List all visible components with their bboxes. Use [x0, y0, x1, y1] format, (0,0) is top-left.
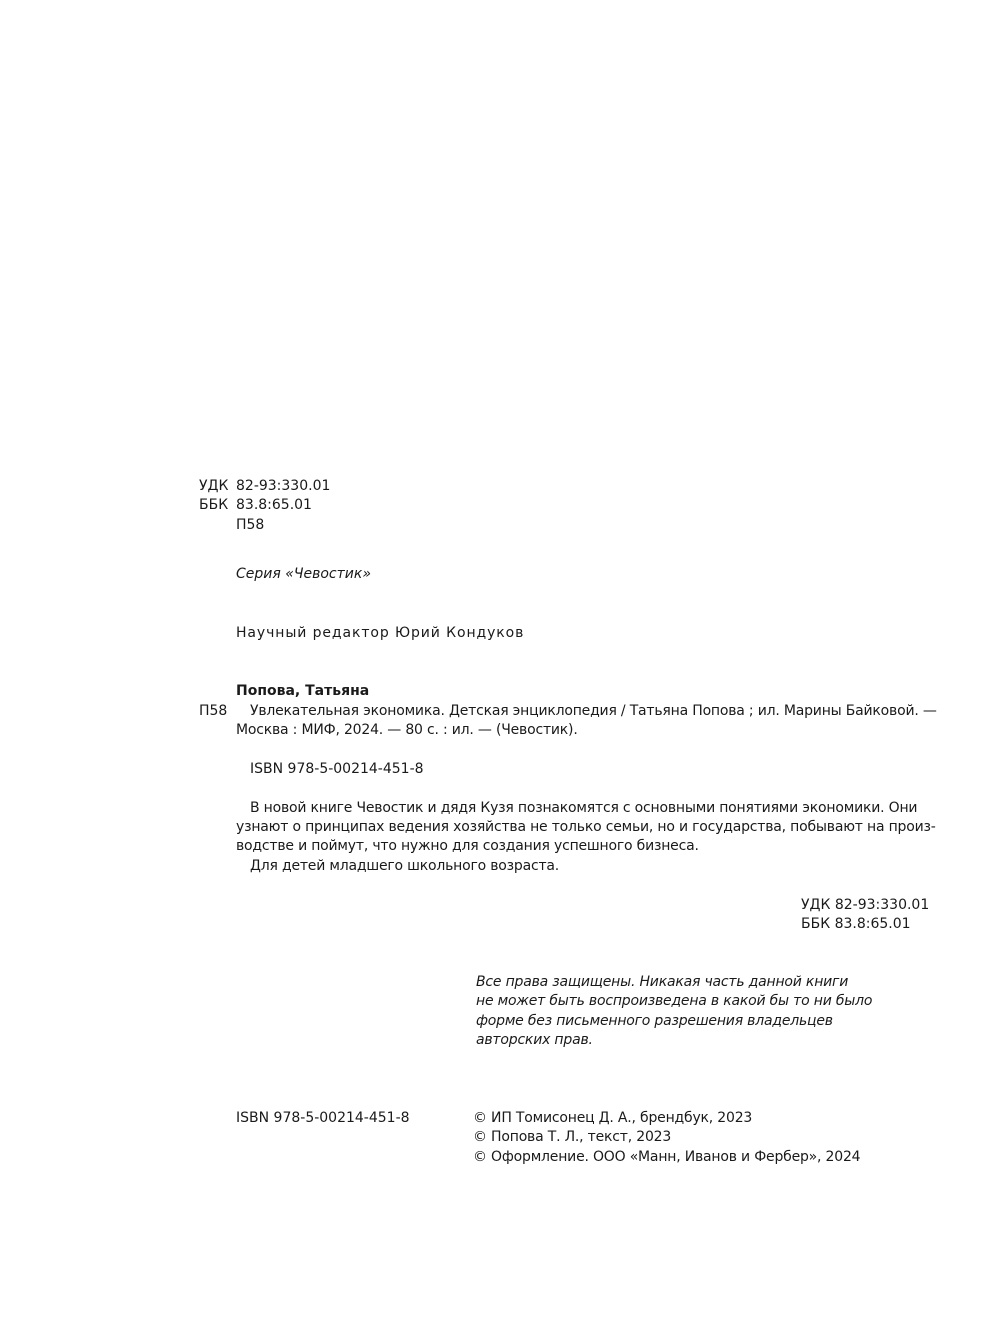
- rights-line: форме без письменного разрешения владель…: [476, 1012, 833, 1032]
- annotation-line: В новой книге Чевостик и дядя Кузя позна…: [250, 799, 917, 819]
- bbk-line: ББК83.8:65.01: [199, 496, 312, 516]
- copyright-line: © ИП Томисонец Д. А., брендбук, 2023: [473, 1109, 752, 1129]
- annotation-line: водстве и поймут, что нужно для создания…: [236, 837, 699, 857]
- annotation-line: узнают о принципах ведения хозяйства не …: [236, 818, 936, 838]
- bib-title-line: Увлекательная экономика. Детская энцикло…: [250, 702, 937, 722]
- rights-line: Все права защищены. Никакая часть данной…: [476, 973, 848, 993]
- bbk-code-right: ББК 83.8:65.01: [801, 915, 911, 935]
- rights-line: авторских прав.: [476, 1031, 593, 1051]
- author-heading: Попова, Татьяна: [236, 682, 369, 702]
- udk-code-right: УДК 82-93:330.01: [801, 896, 929, 916]
- series-title: Серия «Чевостик»: [236, 565, 371, 585]
- scientific-editor: Научный редактор Юрий Кондуков: [236, 624, 524, 644]
- bbk-value: 83.8:65.01: [236, 497, 312, 513]
- rights-line: не может быть воспроизведена в какой бы …: [476, 992, 872, 1012]
- bbk-label: ББК: [199, 496, 236, 516]
- udk-value: 82-93:330.01: [236, 478, 330, 494]
- footer-isbn: ISBN 978-5-00214-451-8: [236, 1109, 410, 1129]
- bib-author-mark: П58: [199, 702, 227, 722]
- bib-imprint-line: Москва : МИФ, 2024. — 80 с. : ил. — (Чев…: [236, 721, 578, 741]
- audience-note: Для детей младшего школьного возраста.: [250, 857, 559, 877]
- udk-label: УДК: [199, 477, 236, 497]
- copyright-line: © Оформление. ООО «Манн, Иванов и Фербер…: [473, 1148, 860, 1168]
- udk-line: УДК82-93:330.01: [199, 477, 330, 497]
- copyright-line: © Попова Т. Л., текст, 2023: [473, 1128, 671, 1148]
- author-mark: П58: [236, 516, 264, 536]
- bib-isbn: ISBN 978-5-00214-451-8: [250, 760, 424, 780]
